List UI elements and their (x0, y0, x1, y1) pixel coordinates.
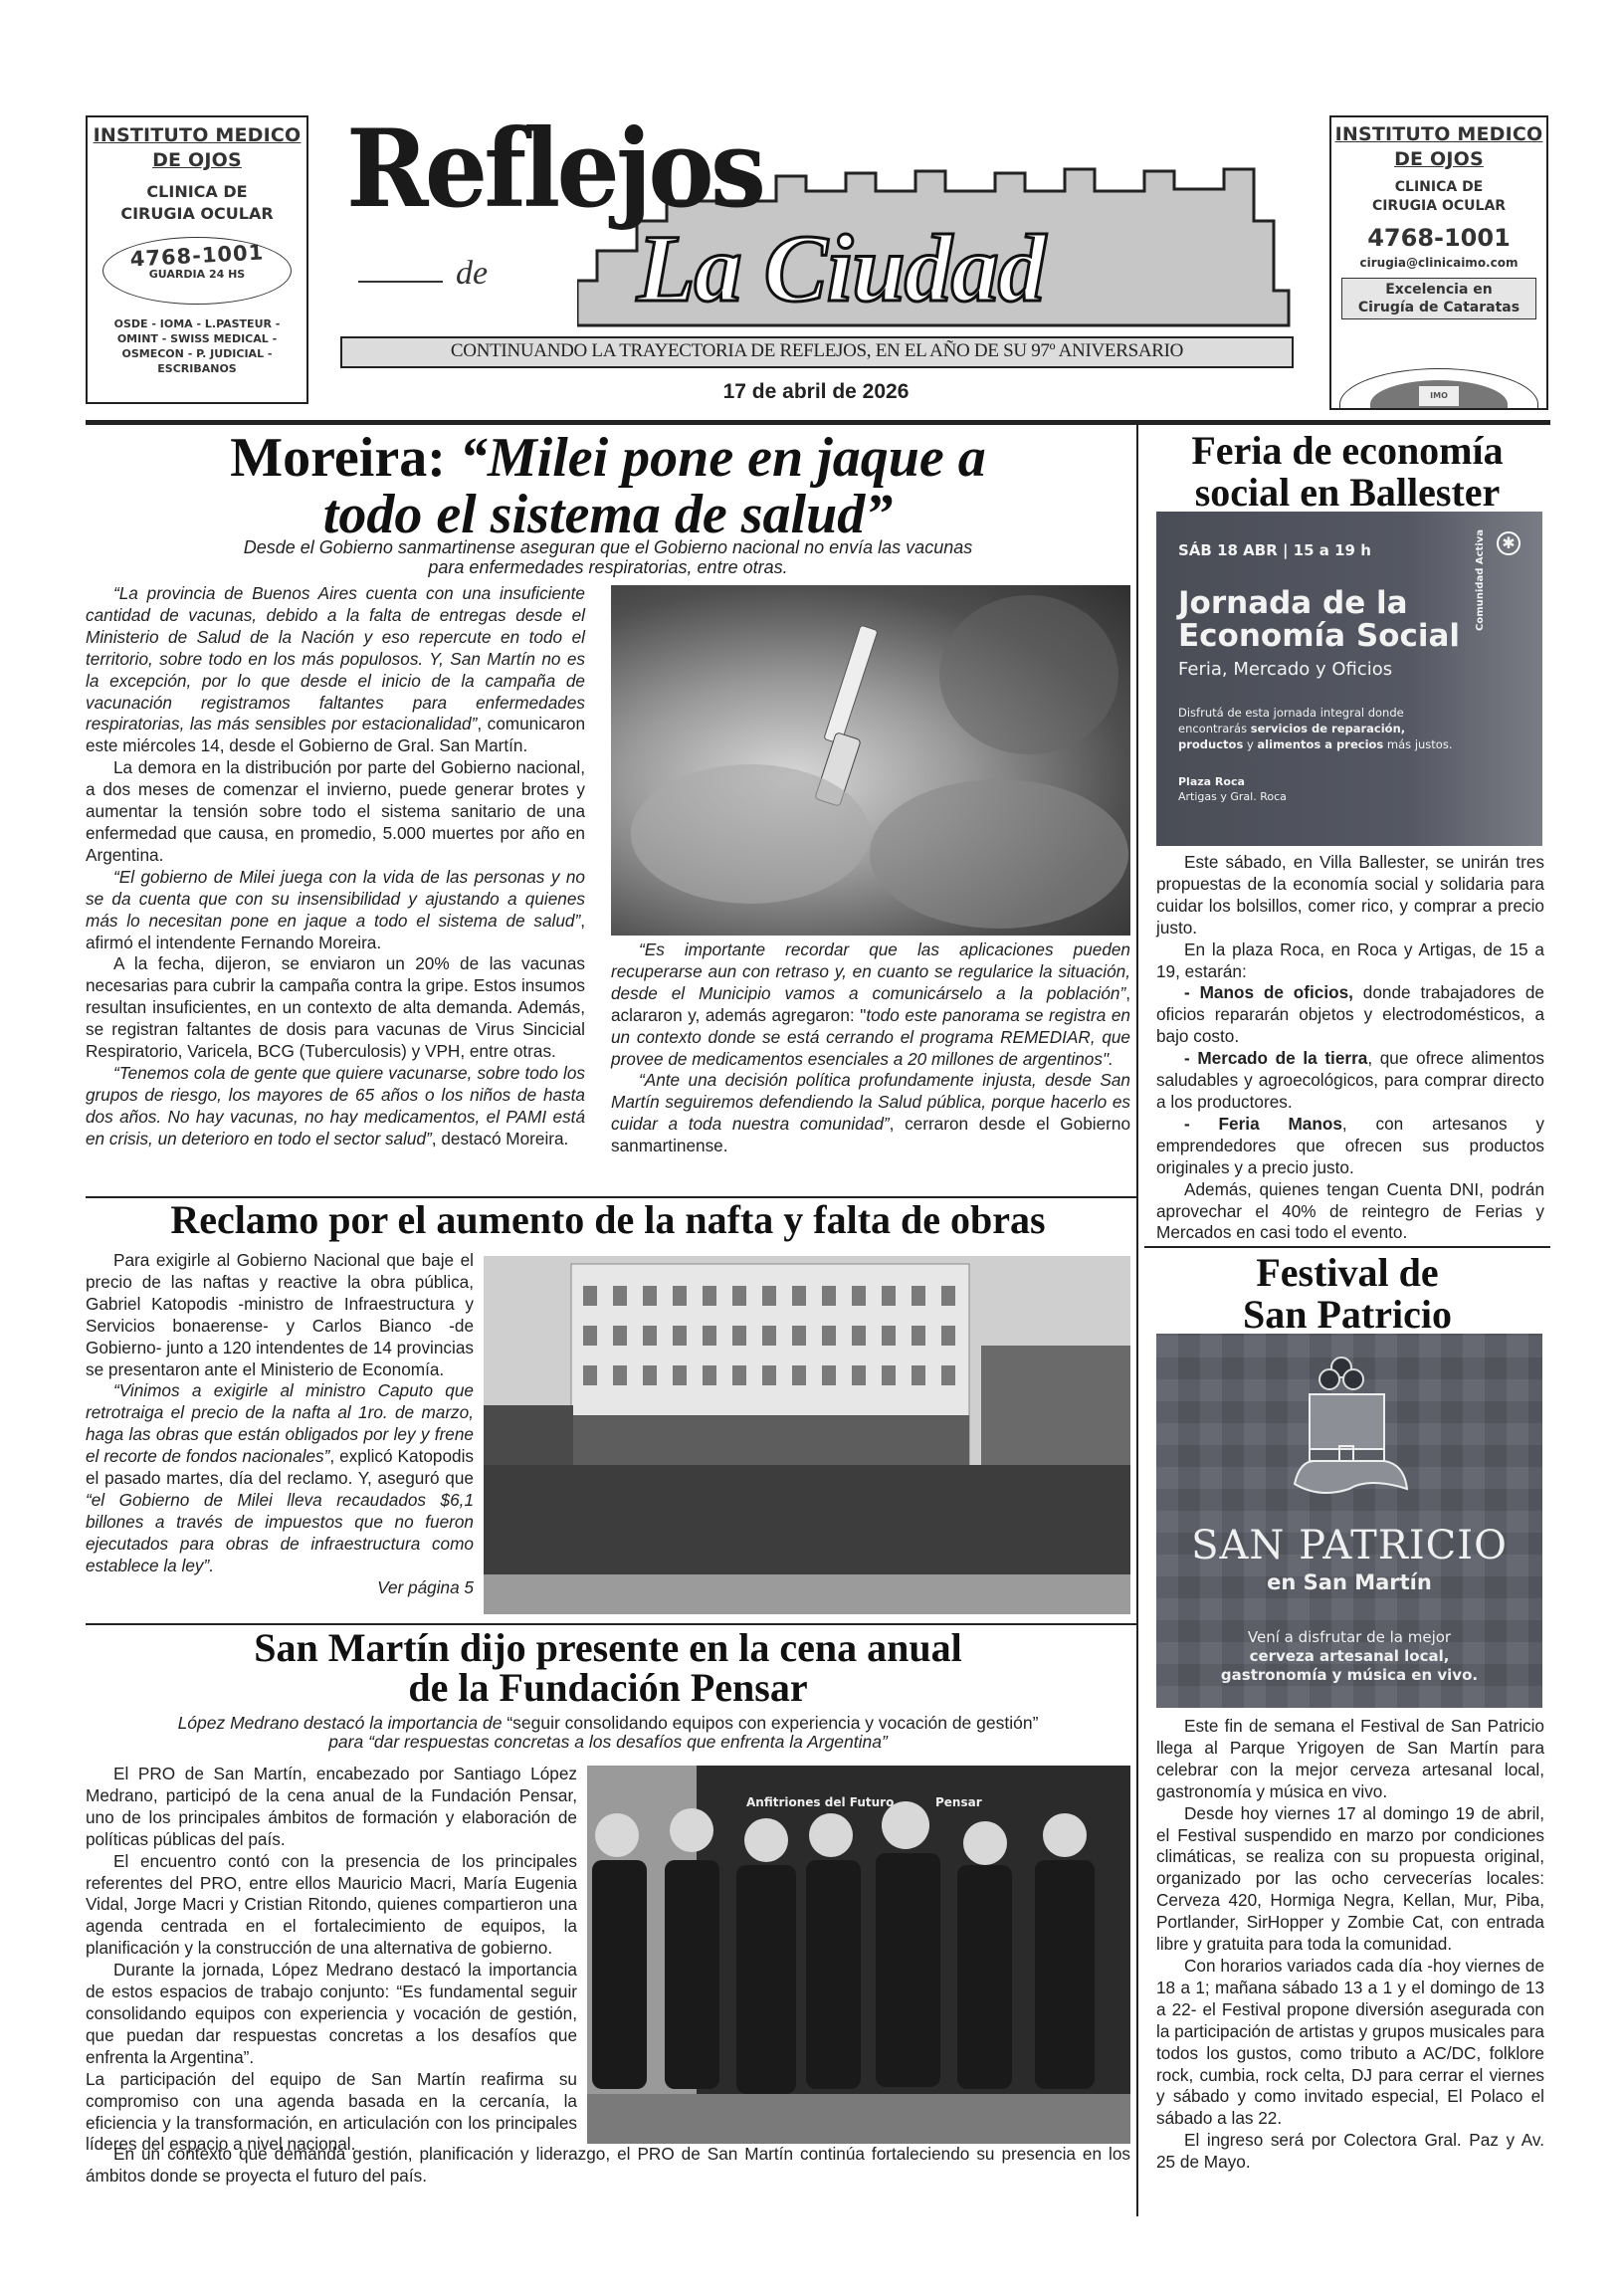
desc-line: productos y alimentos a precios más just… (1178, 736, 1453, 752)
headline-line: San Patricio (1144, 1294, 1550, 1336)
subhead-line: Desde el Gobierno sanmartinense aseguran… (86, 537, 1130, 557)
insurer-line: ESCRIBANOS (88, 361, 306, 376)
paragraph: Además, quienes tengan Cuenta DNI, podrá… (1156, 1179, 1544, 1245)
sidebar1-poster-economia-social[interactable]: SÁB 18 ABR | 15 a 19 h Jornada de la Eco… (1156, 512, 1542, 846)
poster-title-line: Economía Social (1178, 620, 1460, 653)
paragraph: “Ante una decisión política profundament… (611, 1070, 1130, 1157)
ad-right-eye-clinic: INSTITUTO MEDICO DE OJOS CLINICA DE CIRU… (1329, 115, 1548, 410)
desc-text: y (1243, 737, 1257, 751)
syringe-icon (611, 585, 1130, 936)
ad-excellence-box: Excelencia en Cirugía de Cataratas (1341, 278, 1536, 319)
article3-text: El PRO de San Martín, encabezado por San… (86, 1764, 577, 2156)
article1-subhead: Desde el Gobierno sanmartinense aseguran… (86, 537, 1130, 577)
subhead-text: López Medrano destacó la importancia de (178, 1713, 507, 1733)
poster-description: Disfrutá de esta jornada integral donde … (1178, 705, 1453, 752)
ad-phone: 4768-1001 (1331, 224, 1546, 252)
paragraph: En la plaza Roca, en Roca y Artigas, de … (1156, 939, 1544, 983)
desc-line: gastronomía y música en vivo. (1156, 1666, 1542, 1685)
ad-subtitle: CLINICA DE (88, 181, 306, 203)
headline-line: Moreira: “Milei pone en jaque a (86, 430, 1130, 487)
ad-insurers: OSDE - IOMA - L.PASTEUR - OMINT - SWISS … (88, 316, 306, 376)
ad-title: DE OJOS (88, 148, 306, 173)
subhead-line: para “dar respuestas concretas a los des… (86, 1733, 1130, 1752)
top-rule (86, 420, 1550, 425)
photo-banner-text: Anfitriones del Futuro (746, 1795, 894, 1809)
article2-photo-ministry[interactable] (484, 1256, 1130, 1614)
poster-title: SAN PATRICIO (1156, 1523, 1542, 1568)
headline-quote: “Milei pone en jaque a (460, 427, 986, 489)
masthead-rule (358, 281, 443, 283)
excellence-line: Cirugía de Cataratas (1342, 299, 1535, 316)
excellence-line: Excelencia en (1342, 281, 1535, 299)
article1-photo-vaccine[interactable] (611, 585, 1130, 936)
masthead: Reflejos de La Ciudad CONTINUANDO LA TRA… (338, 111, 1294, 410)
paragraph: El encuentro contó con la presencia de l… (86, 1851, 577, 1961)
article2-headline: Reclamo por el aumento de la nafta y fal… (86, 1200, 1130, 1241)
place-address: Artigas y Gral. Roca (1178, 789, 1287, 804)
item-name: - Manos de oficios, (1184, 982, 1353, 1002)
issue-date: 17 de abril de 2026 (338, 380, 1294, 404)
ad-phone-oval: 4768-1001 GUARDIA 24 HS (102, 237, 292, 305)
poster-description: Vení a disfrutar de la mejor cerveza art… (1156, 1628, 1542, 1685)
desc-line: encontrarás servicios de reparación, (1178, 721, 1453, 736)
sidebar2-text: Este fin de semana el Festival de San Pa… (1156, 1716, 1544, 2174)
quote: “el Gobierno de Milei lleva recaudados $… (86, 1490, 474, 1575)
article3-photo-pensar[interactable]: Anfitriones del Futuro Pensar (587, 1766, 1130, 2144)
masthead-title-reflejos: Reflejos (346, 115, 762, 223)
paragraph: “Vinimos a exigirle al ministro Caputo q… (86, 1380, 474, 1576)
paragraph: Este sábado, en Villa Ballester, se unir… (1156, 852, 1544, 939)
paragraph: Desde hoy viernes 17 al domingo 19 de ab… (1156, 1803, 1544, 1956)
ad-left-eye-clinic: INSTITUTO MEDICO DE OJOS CLINICA DE CIRU… (86, 115, 308, 404)
poster-brand: Comunidad Activa (1475, 561, 1486, 631)
see-page-link[interactable]: Ver página 5 (86, 1577, 474, 1599)
subhead-line: López Medrano destacó la importancia de … (86, 1714, 1130, 1733)
logo-text: IMO (1419, 386, 1459, 406)
ad-title: INSTITUTO MEDICO (88, 123, 306, 148)
article1-column-left: “La provincia de Buenos Aires cuenta con… (86, 583, 585, 1150)
paragraph: “La provincia de Buenos Aires cuenta con… (86, 583, 585, 757)
desc-text: más justos. (1383, 737, 1452, 751)
paragraph: La demora en la distribución por parte d… (86, 757, 585, 867)
poster-subtitle: en San Martín (1156, 1570, 1542, 1594)
column-divider (1136, 425, 1138, 2216)
headline-quote: todo el sistema de salud” (86, 487, 1130, 543)
desc-bold: productos (1178, 737, 1243, 751)
poster-title-line: Jornada de la (1178, 587, 1460, 620)
paragraph: El PRO de San Martín, encabezado por San… (86, 1764, 577, 1851)
asterisk-logo-icon: ✱ (1497, 531, 1521, 555)
paragraph: - Mercado de la tierra, que ofrece alime… (1156, 1048, 1544, 1114)
desc-line: Disfrutá de esta jornada integral donde (1178, 705, 1453, 721)
quote: “El gobierno de Milei juega con la vida … (86, 867, 585, 931)
place-name: Plaza Roca (1178, 774, 1287, 789)
clinic-logo-icon: IMO (1339, 368, 1538, 408)
desc-bold: alimentos a precios (1257, 737, 1383, 751)
insurer-line: OSDE - IOMA - L.PASTEUR - (88, 316, 306, 331)
paragraph: “Tenemos cola de gente que quiere vacuna… (86, 1063, 585, 1150)
section-rule (1144, 1246, 1550, 1248)
headline-line: de la Fundación Pensar (86, 1668, 1130, 1708)
paragraph: - Feria Manos, con artesanos y emprended… (1156, 1114, 1544, 1179)
sidebar2-poster-san-patricio[interactable]: SAN PATRICIO en San Martín Vení a disfru… (1156, 1334, 1542, 1708)
group-photo-icon (587, 1766, 1130, 2144)
paragraph: Durante la jornada, López Medrano destac… (86, 1960, 577, 2069)
paragraph: “El gobierno de Milei juega con la vida … (86, 867, 585, 954)
article1-column-right: “Es importante recordar que las aplicaci… (611, 939, 1130, 1157)
desc-bold: servicios de reparación, (1251, 722, 1405, 735)
poster-subtitle: Feria, Mercado y Oficios (1178, 659, 1392, 680)
ad-subtitle: CIRUGIA OCULAR (88, 203, 306, 225)
paragraph: “Es importante recordar que las aplicaci… (611, 939, 1130, 1070)
subhead-line: para enfermedades respiratorias, entre o… (86, 557, 1130, 577)
article3-subhead: López Medrano destacó la importancia de … (86, 1714, 1130, 1752)
item-name: - Feria Manos (1184, 1114, 1342, 1134)
subhead-quote: “seguir consolidando equipos con experie… (507, 1713, 1038, 1733)
masthead-title-la-ciudad: La Ciudad (637, 221, 1045, 316)
leprechaun-hat-icon (1290, 1350, 1409, 1499)
ad-email: cirugia@clinicaimo.com (1331, 256, 1546, 270)
article2-text: Para exigirle al Gobierno Nacional que b… (86, 1250, 474, 1599)
poster-location: Plaza Roca Artigas y Gral. Roca (1178, 774, 1287, 804)
headline-line: Festival de (1144, 1252, 1550, 1294)
insurer-line: OMINT - SWISS MEDICAL - (88, 331, 306, 346)
item-name: - Mercado de la tierra (1184, 1048, 1367, 1068)
headline-text: Moreira: (230, 427, 460, 489)
headline-line: San Martín dijo presente en la cena anua… (86, 1628, 1130, 1668)
paragraph: Este fin de semana el Festival de San Pa… (1156, 1716, 1544, 1803)
photo-banner-text: Pensar (935, 1795, 982, 1809)
headline-line: Feria de economía (1144, 430, 1550, 472)
article1-headline: Moreira: “Milei pone en jaque a todo el … (86, 430, 1130, 543)
poster-title: Jornada de la Economía Social (1178, 587, 1460, 653)
desc-line: cerveza artesanal local, (1156, 1647, 1542, 1666)
ad-title: INSTITUTO MEDICO (1331, 122, 1546, 147)
sidebar1-headline: Feria de economía social en Ballester (1144, 430, 1550, 514)
ad-title: DE OJOS (1331, 147, 1546, 172)
poster-date: SÁB 18 ABR | 15 a 19 h (1178, 541, 1371, 559)
quote: “La provincia de Buenos Aires cuenta con… (86, 583, 585, 733)
paragraph: A la fecha, dijeron, se enviaron un 20% … (86, 953, 585, 1063)
ad-subtitle: CLINICA DE (1331, 178, 1546, 197)
desc-text: encontrarás (1178, 722, 1251, 735)
paragraph: Con horarios variados cada día -hoy vier… (1156, 1956, 1544, 2130)
ad-subtitle: CIRUGIA OCULAR (1331, 197, 1546, 216)
masthead-tagline: CONTINUANDO LA TRAYECTORIA DE REFLEJOS, … (340, 336, 1294, 368)
sidebar1-text: Este sábado, en Villa Ballester, se unir… (1156, 852, 1544, 1244)
insurer-line: OSMECON - P. JUDICIAL - (88, 346, 306, 361)
desc-line: Vení a disfrutar de la mejor (1156, 1628, 1542, 1647)
ministry-building-crowd-icon (484, 1256, 1130, 1614)
article3-closing: En un contexto que demanda gestión, plan… (86, 2144, 1130, 2188)
paragraph: - Manos de oficios, donde trabajadores d… (1156, 982, 1544, 1048)
quote: “Es importante recordar que las aplicaci… (611, 939, 1130, 1003)
text: , destacó Moreira. (432, 1129, 569, 1148)
masthead-title-de: de (456, 255, 488, 293)
article3-headline: San Martín dijo presente en la cena anua… (86, 1628, 1130, 1708)
paragraph: Para exigirle al Gobierno Nacional que b… (86, 1250, 474, 1380)
headline-line: social en Ballester (1144, 472, 1550, 514)
paragraph: En un contexto que demanda gestión, plan… (86, 2144, 1130, 2188)
sidebar2-headline: Festival de San Patricio (1144, 1252, 1550, 1336)
paragraph: El ingreso será por Colectora Gral. Paz … (1156, 2130, 1544, 2174)
